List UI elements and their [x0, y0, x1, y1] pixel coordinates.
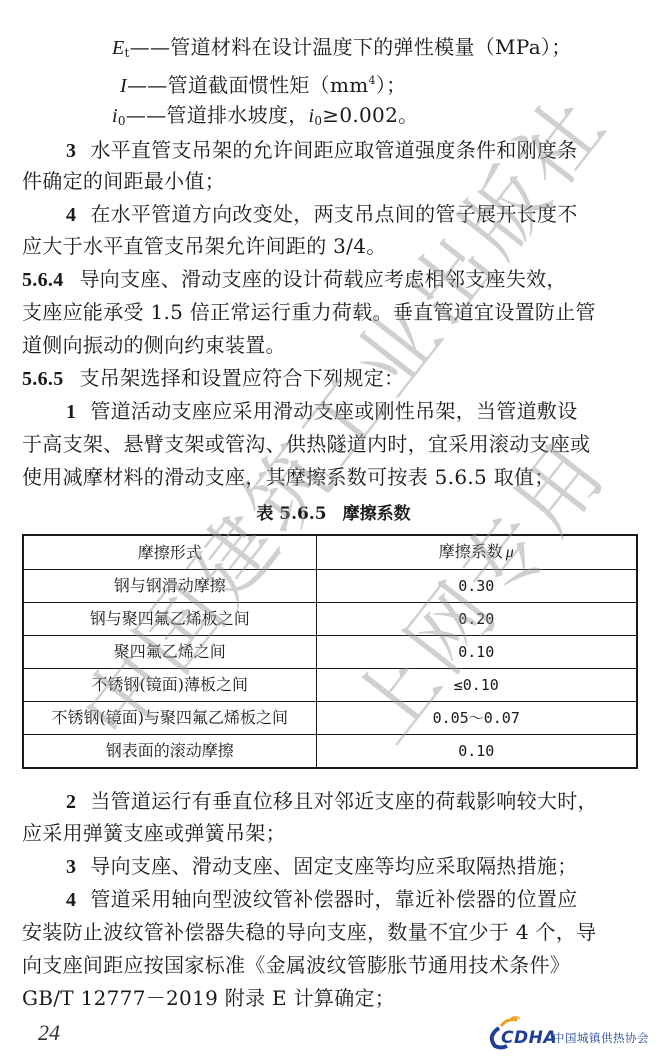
table-row: 聚四氟乙烯之间 0.10: [23, 636, 637, 669]
clause-item-3-line1: 3水平直管支吊架的允许间距应取管道强度条件和刚度条: [66, 135, 667, 166]
cell-form: 不锈钢(镜面)与聚四氟乙烯板之间: [23, 702, 316, 735]
item-number: 3: [66, 856, 76, 878]
logo-text: CDHA: [501, 1028, 557, 1048]
clause-5-6-5-item2-line2: 应采用弹簧支座或弹簧吊架；: [22, 818, 642, 848]
symbol: E: [112, 37, 125, 59]
table-row: 钢与聚四氟乙烯板之间 0.20: [23, 603, 637, 636]
cell-form: 钢表面的滚动摩擦: [23, 735, 316, 769]
header-friction-coefficient: 摩擦系数μ: [316, 535, 637, 570]
clause-5-6-5-item3-line1: 3导向支座、滑动支座、固定支座等均应采取隔热措施；: [66, 851, 667, 882]
page-number: 24: [38, 1020, 60, 1046]
clause-5-6-5-item1-line2: 于高支架、悬臂支架或管沟、供热隧道内时，宜采用滚动支座或: [22, 429, 642, 459]
clause-5-6-4-line1: 5.6.4导向支座、滑动支座的设计荷载应考虑相邻支座失效，: [22, 264, 642, 295]
definition-i0: i0——管道排水坡度，i0≥0.002。: [112, 100, 667, 136]
cell-coef: 0.10: [316, 636, 637, 669]
clause-5-6-5-item4-line4: GB/T 12777－2019 附录 E 计算确定；: [22, 983, 642, 1013]
document-page: Et——管道材料在设计温度下的弹性模量（MPa）； I——管道截面惯性矩（mm4…: [0, 0, 667, 1058]
definition-I: I——管道截面惯性矩（mm4）；: [120, 66, 667, 101]
clause-5-6-5-item4-line1: 4管道采用轴向型波纹管补偿器时，靠近补偿器的位置应: [66, 884, 667, 915]
clause-5-6-4-line2: 支座应能承受 1.5 倍正常运行重力荷载。垂直管道宜设置防止管: [22, 297, 642, 327]
item-text: 水平直管支吊架的允许间距应取管道强度条件和刚度条: [90, 138, 577, 162]
table-row: 不锈钢(镜面)与聚四氟乙烯板之间 0.05～0.07: [23, 702, 637, 735]
header-friction-form: 摩擦形式: [23, 535, 316, 570]
table-header-row: 摩擦形式 摩擦系数μ: [23, 535, 637, 570]
definition-Et: Et——管道材料在设计温度下的弹性模量（MPa）；: [112, 32, 667, 68]
table-row: 钢与钢滑动摩擦 0.30: [23, 570, 637, 603]
definition-text: ——管道材料在设计温度下的弹性模量（MPa）；: [130, 35, 572, 59]
clause-item-4-line2: 应大于水平直管支吊架允许间距的 3/4。: [22, 231, 642, 261]
clause-5-6-5-item1-line3: 使用减摩材料的滑动支座，其摩擦系数可按表 5.6.5 取值；: [22, 462, 642, 492]
cell-form: 不锈钢(镜面)薄板之间: [23, 669, 316, 702]
table-row: 不锈钢(镜面)薄板之间 ≤0.10: [23, 669, 637, 702]
cdha-logo: CDHA 中国城镇供热协会: [483, 1016, 663, 1050]
section-number: 5.6.4: [22, 269, 64, 291]
item-number: 3: [66, 140, 76, 162]
table-title: 摩擦系数: [343, 504, 411, 524]
item-text: 在水平管道方向改变处，两支吊点间的管子展开长度不: [90, 202, 577, 226]
item-text: 管道采用轴向型波纹管补偿器时，靠近补偿器的位置应: [90, 887, 577, 911]
mu-symbol: μ: [506, 544, 514, 561]
item-text: 管道活动支座应采用滑动支座或刚性吊架，当管道敷设: [90, 399, 577, 423]
item-number: 4: [66, 889, 76, 911]
definition-text: ——管道截面惯性矩（mm: [127, 73, 369, 97]
clause-item-4-line1: 4在水平管道方向改变处，两支吊点间的管子展开长度不: [66, 199, 667, 230]
cell-form: 钢与聚四氟乙烯板之间: [23, 603, 316, 636]
cell-coef: 0.05～0.07: [316, 702, 637, 735]
clause-5-6-5-item4-line2: 安装防止波纹管补偿器失稳的导向支座，数量不宜少于 4 个，导: [22, 917, 642, 947]
cell-form: 钢与钢滑动摩擦: [23, 570, 316, 603]
item-number: 1: [66, 401, 76, 423]
superscript: 4: [369, 74, 376, 87]
cell-coef: 0.30: [316, 570, 637, 603]
section-text: 支吊架选择和设置应符合下列规定：: [80, 366, 405, 390]
clause-5-6-5-item1-line1: 1管道活动支座应采用滑动支座或刚性吊架，当管道敷设: [66, 396, 667, 427]
definition-text-end: ）；: [376, 73, 407, 97]
item-number: 4: [66, 204, 76, 226]
clause-item-3-line2: 件确定的间距最小值；: [22, 166, 642, 196]
table-caption: 表 5.6.5摩擦系数: [0, 502, 667, 526]
symbol: I: [120, 75, 127, 97]
cell-coef: 0.10: [316, 735, 637, 769]
cell-coef: 0.20: [316, 603, 637, 636]
header-text: 摩擦系数: [439, 542, 503, 561]
friction-coefficient-table: 摩擦形式 摩擦系数μ 钢与钢滑动摩擦 0.30 钢与聚四氟乙烯板之间 0.20 …: [22, 534, 638, 769]
table-row: 钢表面的滚动摩擦 0.10: [23, 735, 637, 769]
cell-form: 聚四氟乙烯之间: [23, 636, 316, 669]
clause-5-6-5-title: 5.6.5支吊架选择和设置应符合下列规定：: [22, 363, 642, 394]
cell-coef: ≤0.10: [316, 669, 637, 702]
definition-text: ——管道排水坡度，: [126, 103, 309, 127]
item-text: 导向支座、滑动支座、固定支座等均应采取隔热措施；: [90, 854, 577, 878]
clause-5-6-5-item4-line3: 向支座间距应按国家标准《金属波纹管膨胀节通用技术条件》: [22, 950, 642, 980]
section-text: 导向支座、滑动支座的设计荷载应考虑相邻支座失效，: [80, 267, 567, 291]
definition-value: ≥0.002。: [322, 103, 418, 127]
org-name: 中国城镇供热协会: [553, 1030, 649, 1046]
clause-5-6-5-item2-line1: 2当管道运行有垂直位移且对邻近支座的荷载影响较大时，: [66, 786, 667, 817]
table-number: 表 5.6.5: [256, 504, 326, 524]
item-text: 当管道运行有垂直位移且对邻近支座的荷载影响较大时，: [90, 789, 598, 813]
clause-5-6-4-line3: 道侧向振动的侧向约束装置。: [22, 330, 642, 360]
item-number: 2: [66, 791, 76, 813]
subscript: 0: [118, 114, 126, 128]
section-number: 5.6.5: [22, 368, 64, 390]
